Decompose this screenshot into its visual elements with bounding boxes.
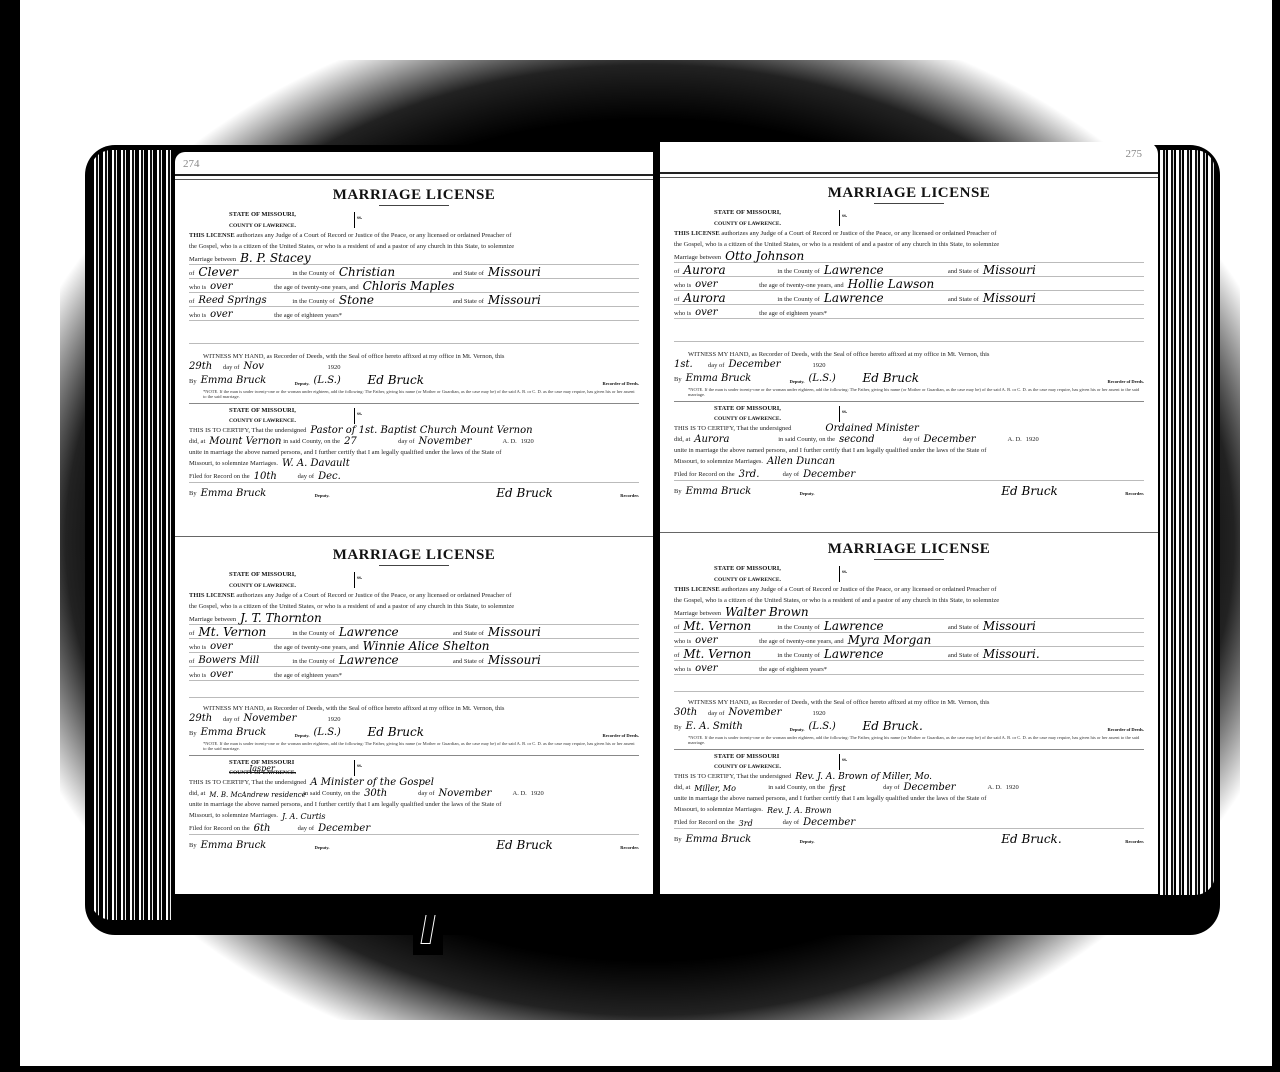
title-rule: [874, 559, 944, 560]
label-solemnize: Missouri, to solemnize Marriages.: [189, 813, 278, 821]
page-number-left: 274: [183, 158, 200, 170]
issued-month: November: [728, 708, 808, 718]
label-by: By: [189, 731, 197, 739]
label-by: By: [189, 379, 197, 387]
filed-recorder-signature: Ed Bruck: [496, 487, 616, 499]
groom-name: Walter Brown: [725, 606, 809, 618]
state-header: STATE OF MISSOURI,: [674, 566, 1144, 573]
label-ad: A. D.: [988, 785, 1002, 793]
label-recorder: Recorder.: [620, 494, 639, 499]
license-intro-2: the Gospel, who is a citizen of the Unit…: [189, 244, 514, 252]
bride-city: Reed Springs: [198, 296, 288, 306]
bride-age: over: [695, 664, 755, 674]
label-day-of: day of: [783, 820, 799, 828]
groom-age: over: [695, 280, 755, 290]
label-day-of: day of: [418, 791, 434, 799]
bride-county: Lawrence: [339, 654, 449, 666]
page-number-right: 275: [1126, 148, 1143, 160]
bride-state: Missouri: [983, 292, 1036, 304]
filed-recorder-signature: Ed Bruck.: [1001, 833, 1121, 845]
issued-month: Nov: [243, 362, 323, 372]
label-recorder: Recorder.: [1125, 492, 1144, 497]
officiant-title: Rev. J. A. Brown of Miller, Mo.: [795, 773, 932, 782]
recorder-signature: Ed Bruck: [862, 372, 982, 384]
label-state: and State of: [948, 653, 979, 661]
filed-month: December: [803, 818, 855, 828]
label-certify: THIS IS TO CERTIFY, That the undersigned: [189, 780, 306, 788]
label-who-is: who is: [674, 283, 691, 291]
label-age-21: the age of twenty-one years, and: [759, 639, 843, 647]
label-did-at: did, at: [674, 437, 690, 445]
filed-day: 3rd.: [739, 470, 779, 480]
label-marriage-between: Marriage between: [674, 255, 721, 263]
ceremony-month: November: [439, 789, 509, 799]
label-did-at: did, at: [674, 785, 690, 793]
issued-day: 29th: [189, 362, 219, 372]
witness-text: WITNESS MY HAND, as Recorder of Deeds, w…: [189, 706, 504, 714]
page-top-rule: [660, 172, 1158, 178]
label-deputy: Deputy.: [790, 380, 805, 385]
label-ad: A. D.: [1008, 437, 1022, 445]
bride-state: Missouri: [488, 294, 541, 306]
label-of: of: [674, 297, 679, 305]
label-state: and State of: [453, 631, 484, 639]
groom-county: Lawrence: [824, 620, 944, 632]
scan-border-right: [1272, 0, 1280, 1072]
groom-name: B. P. Stacey: [240, 252, 311, 264]
title-rule: [379, 205, 449, 206]
label-who-is: who is: [189, 313, 206, 321]
label-said-county: in said County, on the: [303, 791, 360, 799]
title-rule: [874, 203, 944, 204]
label-day-of: day of: [708, 711, 724, 719]
footnote: *NOTE. If the man is under twenty-one or…: [674, 732, 1144, 750]
cert-state-header: STATE OF MISSOURI: [674, 754, 1144, 761]
issued-year: 1920: [812, 711, 825, 719]
witness-text: WITNESS MY HAND, as Recorder of Deeds, w…: [674, 700, 989, 708]
ss-bracket: [354, 212, 356, 228]
ss-bracket: [839, 210, 841, 226]
footnote: *NOTE. If the man is under twenty-one or…: [674, 384, 1144, 402]
groom-county: Lawrence: [339, 626, 449, 638]
filed-deputy-signature: Emma Bruck: [201, 841, 311, 851]
license-title: MARRIAGE LICENSE: [674, 542, 1144, 557]
bride-age: over: [210, 310, 270, 320]
officiant-signature: J. A. Curtis: [282, 813, 326, 821]
witness-text: WITNESS MY HAND, as Recorder of Deeds, w…: [674, 352, 989, 360]
filed-deputy-signature: Emma Bruck: [686, 835, 796, 845]
ceremony-day: second: [839, 435, 899, 445]
label-day-of: day of: [223, 365, 239, 373]
ss-bracket: [354, 408, 356, 424]
filed-recorder-signature: Ed Bruck: [496, 839, 616, 851]
deputy-signature: Emma Bruck: [201, 728, 291, 738]
unite-text: unite in marriage the above named person…: [189, 450, 501, 458]
label-of: of: [189, 631, 194, 639]
label-certify: THIS IS TO CERTIFY, That the undersigned: [674, 426, 791, 434]
label-filed: Filed for Record on the: [189, 826, 250, 834]
marriage-license-2: MARRIAGE LICENSE STATE OF MISSOURI, COUN…: [175, 548, 653, 851]
groom-county: Christian: [339, 266, 449, 278]
label-county: in the County of: [292, 631, 334, 639]
filed-deputy-signature: Emma Bruck: [686, 487, 796, 497]
issued-year: 1920: [327, 717, 340, 725]
bride-city: Aurora: [683, 292, 773, 304]
filed-month: December: [318, 824, 370, 834]
issued-day: 29th: [189, 714, 219, 724]
issued-year: 1920: [327, 365, 340, 373]
label-certify: THIS IS TO CERTIFY, That the undersigned: [189, 428, 306, 436]
county-correction: Jasper: [249, 765, 275, 773]
license-intro-2: the Gospel, who is a citizen of the Unit…: [189, 604, 514, 612]
label-age-18: the age of eighteen years*: [759, 667, 827, 675]
state-header: STATE OF MISSOURI,: [189, 572, 639, 579]
bride-city: Bowers Mill: [198, 656, 288, 666]
label-deputy: Deputy.: [315, 494, 330, 499]
label-day-of: day of: [883, 785, 899, 793]
filed-day: 6th: [254, 824, 294, 834]
seal: (L.S.): [313, 728, 363, 738]
label-deputy: Deputy.: [295, 734, 310, 739]
label-filed: Filed for Record on the: [674, 820, 735, 828]
label-county: in the County of: [292, 299, 334, 307]
ceremony-month: December: [904, 783, 984, 793]
ceremony-year: 1920: [521, 439, 534, 447]
label-deputy: Deputy.: [790, 728, 805, 733]
scan-border-bottom: [0, 1066, 1280, 1072]
ceremony-day: first: [829, 785, 879, 793]
groom-age: over: [695, 636, 755, 646]
label-day-of: day of: [708, 363, 724, 371]
ceremony-year: 1920: [1026, 437, 1039, 445]
label-day-of: day of: [398, 439, 414, 447]
bride-name: Winnie Alice Shelton: [363, 640, 490, 652]
issued-day: 30th: [674, 708, 704, 718]
label-age-21: the age of twenty-one years, and: [274, 645, 358, 653]
state-header: STATE OF MISSOURI,: [189, 212, 639, 219]
label-age-18: the age of eighteen years*: [274, 313, 342, 321]
label-marriage-between: Marriage between: [189, 257, 236, 265]
label-recorder-of-deeds: Recorder of Deeds.: [1107, 380, 1144, 385]
label-state: and State of: [948, 269, 979, 277]
label-recorder-of-deeds: Recorder of Deeds.: [602, 382, 639, 387]
label-state: and State of: [948, 625, 979, 633]
label-day-of: day of: [298, 474, 314, 482]
bride-county: Lawrence: [824, 292, 944, 304]
groom-county: Lawrence: [824, 264, 944, 276]
groom-state: Missouri: [488, 266, 541, 278]
ceremony-day: 30th: [364, 789, 414, 799]
officiant-signature: W. A. Davault: [282, 459, 350, 469]
label-state: and State of: [453, 659, 484, 667]
unite-text: unite in marriage the above named person…: [674, 796, 986, 804]
officiant-title: A Minister of the Gospel: [310, 778, 434, 788]
license-intro-2: the Gospel, who is a citizen of the Unit…: [674, 598, 999, 606]
deputy-signature: Emma Bruck: [201, 376, 291, 386]
label-by: By: [189, 843, 197, 851]
label-day-of: day of: [903, 437, 919, 445]
label-who-is: who is: [189, 645, 206, 653]
title-rule: [379, 565, 449, 566]
label-by: By: [674, 837, 682, 845]
issued-day: 1st.: [674, 360, 704, 370]
label-of: of: [674, 625, 679, 633]
bride-county: Lawrence: [824, 648, 944, 660]
unite-text: unite in marriage the above named person…: [674, 448, 986, 456]
groom-state: Missouri: [983, 620, 1036, 632]
groom-age: over: [210, 642, 270, 652]
bride-state: Missouri: [488, 654, 541, 666]
issued-year: 1920: [812, 363, 825, 371]
officiant-title: Pastor of 1st. Baptist Church Mount Vern…: [310, 426, 532, 436]
label-of: of: [189, 299, 194, 307]
label-state: and State of: [453, 299, 484, 307]
issued-month: November: [243, 714, 323, 724]
groom-city: Aurora: [683, 264, 773, 276]
license-intro-2: the Gospel, who is a citizen of the Unit…: [674, 242, 999, 250]
ceremony-year: 1920: [531, 791, 544, 799]
label-county: in the County of: [292, 659, 334, 667]
bride-name: Chloris Maples: [363, 280, 455, 292]
officiant-signature: Allen Duncan: [767, 457, 835, 467]
ss-bracket: [354, 572, 356, 588]
section-divider: [175, 536, 653, 537]
footnote: *NOTE. If the man is under twenty-one or…: [189, 738, 639, 756]
label-deputy: Deputy.: [315, 846, 330, 851]
bride-name: Hollie Lawson: [848, 278, 935, 290]
footnote: *NOTE. If the man is under twenty-one or…: [189, 386, 639, 404]
label-marriage-between: Marriage between: [674, 611, 721, 619]
page-top-rule: [175, 174, 653, 180]
ceremony-place: M. B. McAndrew residence: [209, 792, 299, 799]
filed-day: 3rd: [739, 820, 779, 828]
label-certify: THIS IS TO CERTIFY, That the undersigned: [674, 774, 791, 782]
right-page: 275 MARRIAGE LICENSE STATE OF MISSOURI, …: [660, 142, 1158, 894]
label-solemnize: Missouri, to solemnize Marriages.: [674, 807, 763, 815]
label-by: By: [674, 489, 682, 497]
ss-bracket: [354, 760, 356, 776]
label-by: By: [189, 491, 197, 499]
label-did-at: did, at: [189, 439, 205, 447]
recorder-signature: Ed Bruck: [367, 726, 487, 738]
bride-state: Missouri.: [983, 648, 1040, 660]
filed-deputy-signature: Emma Bruck: [201, 489, 311, 499]
label-day-of: day of: [298, 826, 314, 834]
label-recorder: Recorder.: [1125, 840, 1144, 845]
label-who-is: who is: [674, 311, 691, 319]
license-intro: THIS LICENSE authorizes any Judge of a C…: [674, 231, 996, 239]
label-day-of: day of: [223, 717, 239, 725]
cert-state-header: STATE OF MISSOURI,: [674, 406, 1144, 413]
recorder-signature: Ed Bruck.: [862, 720, 982, 732]
deputy-signature: E. A. Smith: [686, 722, 786, 732]
groom-state: Missouri: [488, 626, 541, 638]
label-filed: Filed for Record on the: [674, 472, 735, 480]
label-of: of: [674, 653, 679, 661]
marriage-license-1: MARRIAGE LICENSE STATE OF MISSOURI, COUN…: [660, 186, 1158, 497]
state-header: STATE OF MISSOURI,: [674, 210, 1144, 217]
seal: (L.S.): [313, 376, 363, 386]
unite-text: unite in marriage the above named person…: [189, 802, 501, 810]
label-by: By: [674, 725, 682, 733]
label-did-at: did, at: [189, 791, 205, 799]
label-age-21: the age of twenty-one years, and: [274, 285, 358, 293]
bride-county: Stone: [339, 294, 449, 306]
label-age-18: the age of eighteen years*: [274, 673, 342, 681]
label-recorder: Recorder.: [620, 846, 639, 851]
ceremony-day: 27: [344, 437, 394, 447]
label-of: of: [189, 271, 194, 279]
label-filed: Filed for Record on the: [189, 474, 250, 482]
marriage-license-3: MARRIAGE LICENSE STATE OF MISSOURI, COUN…: [660, 542, 1158, 845]
label-recorder-of-deeds: Recorder of Deeds.: [602, 734, 639, 739]
bride-age: over: [210, 670, 270, 680]
label-day-of: day of: [783, 472, 799, 480]
license-intro: THIS LICENSE authorizes any Judge of a C…: [189, 233, 511, 241]
label-age-21: the age of twenty-one years, and: [759, 283, 843, 291]
deputy-signature: Emma Bruck: [686, 374, 786, 384]
label-ad: A. D.: [503, 439, 517, 447]
officiant-signature: Rev. J. A. Brown: [767, 807, 831, 815]
label-solemnize: Missouri, to solemnize Marriages.: [674, 459, 763, 467]
groom-name: Otto Johnson: [725, 250, 804, 262]
label-solemnize: Missouri, to solemnize Marriages.: [189, 461, 278, 469]
ceremony-place: Aurora: [694, 435, 774, 445]
groom-city: Clever: [198, 266, 288, 278]
groom-city: Mt. Vernon: [683, 620, 773, 632]
label-recorder-of-deeds: Recorder of Deeds.: [1107, 728, 1144, 733]
left-page: 274 MARRIAGE LICENSE STATE OF MISSOURI, …: [175, 152, 653, 894]
label-who-is: who is: [674, 639, 691, 647]
license-title: MARRIAGE LICENSE: [189, 548, 639, 563]
label-state: and State of: [453, 271, 484, 279]
filed-month: Dec.: [318, 472, 341, 482]
label-county: in the County of: [777, 625, 819, 633]
label-county: in the County of: [777, 297, 819, 305]
page-edges-left: [90, 150, 175, 920]
label-said-county: in said County, on the: [778, 437, 835, 445]
page-edges-right: [1160, 150, 1215, 895]
ss-bracket: [839, 406, 841, 422]
filed-month: December: [803, 470, 855, 480]
label-state: and State of: [948, 297, 979, 305]
license-title: MARRIAGE LICENSE: [189, 188, 639, 203]
ceremony-place: Mount Vernon: [209, 437, 279, 447]
book-gutter: [653, 150, 660, 900]
marriage-license-0: MARRIAGE LICENSE STATE OF MISSOURI, COUN…: [175, 188, 653, 499]
label-by: By: [674, 377, 682, 385]
section-divider: [660, 532, 1158, 533]
ceremony-place: Miller, Mo: [694, 785, 764, 793]
label-who-is: who is: [674, 667, 691, 675]
label-age-18: the age of eighteen years*: [759, 311, 827, 319]
bride-age: over: [695, 308, 755, 318]
license-intro: THIS LICENSE authorizes any Judge of a C…: [674, 587, 996, 595]
cert-state-header: STATE OF MISSOURI,: [189, 408, 639, 415]
bride-name: Myra Morgan: [848, 634, 932, 646]
label-who-is: who is: [189, 285, 206, 293]
ceremony-month: November: [419, 437, 499, 447]
label-of: of: [674, 269, 679, 277]
license-intro: THIS LICENSE authorizes any Judge of a C…: [189, 593, 511, 601]
ceremony-year: 1920: [1006, 785, 1019, 793]
label-said-county: in said County, on the: [768, 785, 825, 793]
witness-text: WITNESS MY HAND, as Recorder of Deeds, w…: [189, 354, 504, 362]
issued-month: December: [728, 360, 808, 370]
filed-day: 10th: [254, 472, 294, 482]
label-said-county: in said County, on the: [283, 439, 340, 447]
scan-border-left: [0, 0, 20, 1072]
groom-age: over: [210, 282, 270, 292]
officiant-title: Ordained Minister: [795, 424, 918, 434]
ceremony-month: December: [924, 435, 1004, 445]
bookmark-ribbon: [413, 905, 443, 955]
label-county: in the County of: [777, 269, 819, 277]
label-marriage-between: Marriage between: [189, 617, 236, 625]
recorder-signature: Ed Bruck: [367, 374, 487, 386]
label-deputy: Deputy.: [800, 492, 815, 497]
bride-city: Mt. Vernon: [683, 648, 773, 660]
label-of: of: [189, 659, 194, 667]
seal: (L.S.): [808, 722, 858, 732]
seal: (L.S.): [808, 374, 858, 384]
label-ad: A. D.: [513, 791, 527, 799]
groom-city: Mt. Vernon: [198, 626, 288, 638]
label-county: in the County of: [292, 271, 334, 279]
filed-recorder-signature: Ed Bruck: [1001, 485, 1121, 497]
license-title: MARRIAGE LICENSE: [674, 186, 1144, 201]
groom-state: Missouri: [983, 264, 1036, 276]
ss-bracket: [839, 566, 841, 582]
ss-bracket: [839, 754, 841, 770]
groom-name: J. T. Thornton: [240, 612, 322, 624]
label-county: in the County of: [777, 653, 819, 661]
label-deputy: Deputy.: [295, 382, 310, 387]
label-who-is: who is: [189, 673, 206, 681]
label-deputy: Deputy.: [800, 840, 815, 845]
